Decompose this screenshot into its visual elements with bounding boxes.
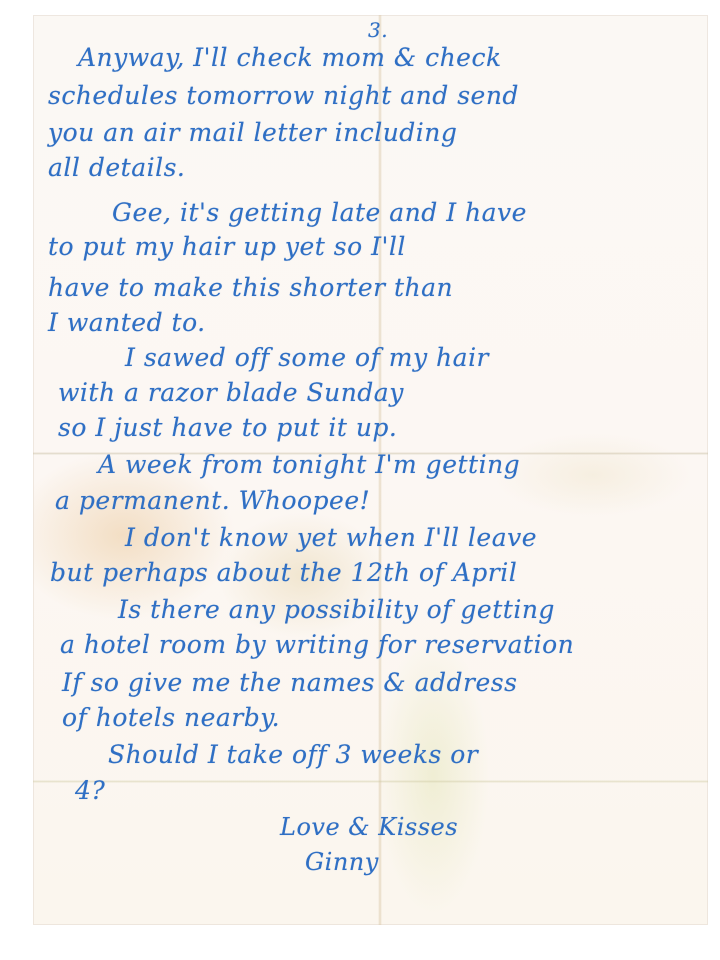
lower-fold-line: [33, 780, 708, 783]
letter-line: all details.: [48, 155, 185, 180]
letter-line: but perhaps about the 12th of April: [50, 560, 517, 585]
letter-line: I don't know yet when I'll leave: [125, 525, 537, 550]
letter-line: schedules tomorrow night and send: [48, 83, 519, 108]
letter-line: a permanent. Whoopee!: [55, 488, 370, 513]
letter-line: Should I take off 3 weeks or: [108, 742, 478, 767]
letter-line: Anyway, I'll check mom & check: [78, 45, 502, 70]
page-number: 3.: [368, 20, 388, 40]
letter-line: Gee, it's getting late and I have: [112, 200, 527, 225]
letter-line: I wanted to.: [48, 310, 206, 335]
letter-line: I sawed off some of my hair: [125, 345, 489, 370]
letter-line: If so give me the names & address: [62, 670, 517, 695]
letter-line: 4?: [75, 778, 105, 803]
letter-line: a hotel room by writing for reservation: [60, 632, 574, 657]
letter-line: with a razor blade Sunday: [58, 380, 404, 405]
letter-line: to put my hair up yet so I'll: [48, 234, 406, 259]
letter-closing: Love & Kisses: [280, 815, 458, 839]
letter-line: A week from tonight I'm getting: [98, 452, 520, 477]
letter-line: of hotels nearby.: [62, 705, 280, 730]
letter-line: you an air mail letter including: [48, 120, 457, 145]
letter-line: so I just have to put it up.: [58, 415, 397, 440]
letter-signature: Ginny: [305, 850, 379, 874]
letter-line: have to make this shorter than: [48, 275, 453, 300]
letter-line: Is there any possibility of getting: [118, 597, 555, 622]
